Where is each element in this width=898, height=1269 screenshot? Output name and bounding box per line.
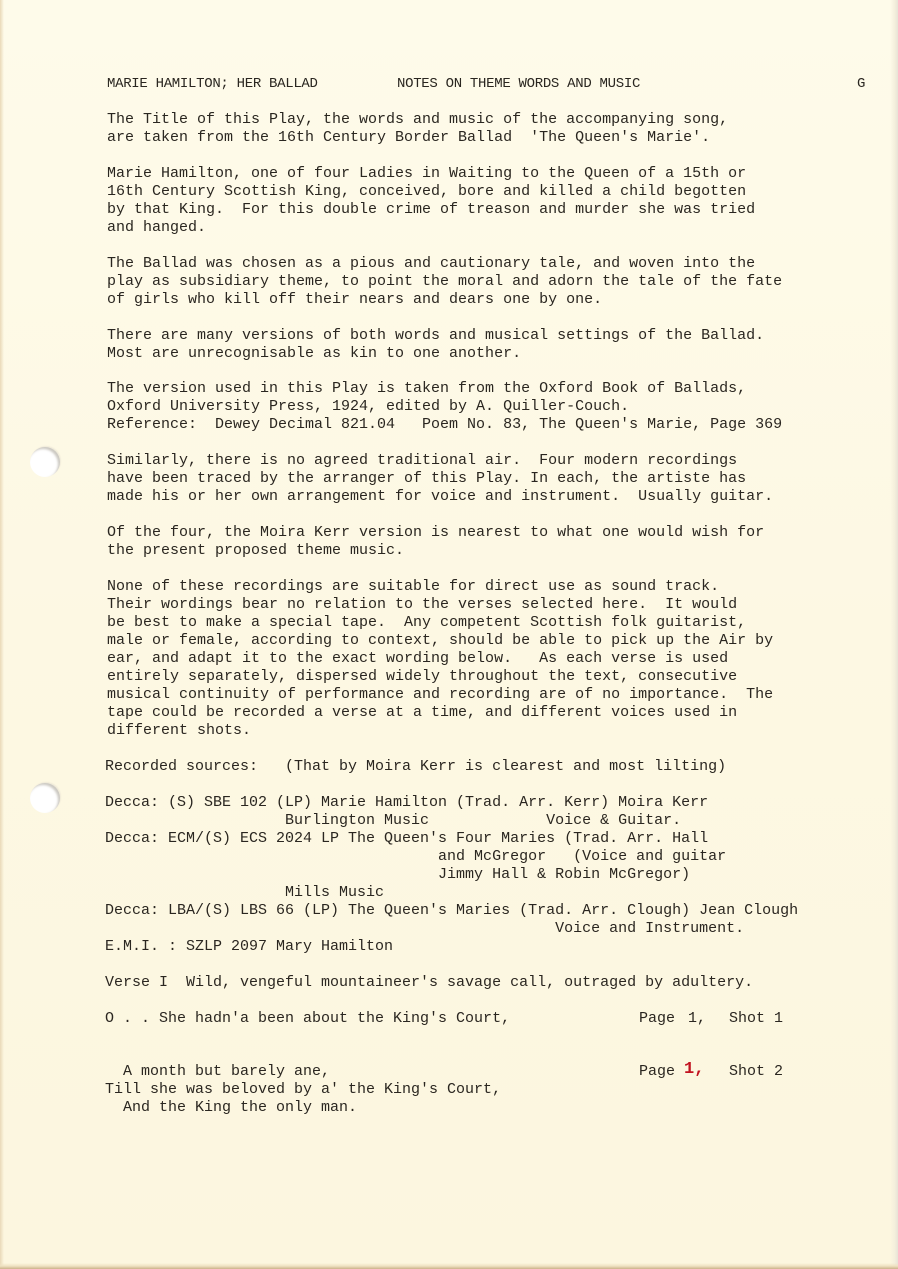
paragraph-line: None of these recordings are suitable fo… bbox=[107, 578, 719, 596]
paper-edge-bottom bbox=[0, 1263, 898, 1269]
paragraph-line: Of the four, the Moira Kerr version is n… bbox=[107, 524, 764, 542]
source-entry-line: Decca: ECM/(S) ECS 2024 LP The Queen's F… bbox=[105, 830, 708, 848]
reference-line: Reference: Dewey Decimal 821.04 Poem No.… bbox=[107, 416, 782, 434]
source-entry-line: Decca: LBA/(S) LBS 66 (LP) The Queen's M… bbox=[105, 902, 798, 920]
paragraph-line: made his or her own arrangement for voic… bbox=[107, 488, 773, 506]
verse-heading: Verse I Wild, vengeful mountaineer's sav… bbox=[105, 974, 753, 992]
source-entry-line: Jimmy Hall & Robin McGregor) bbox=[105, 866, 690, 884]
source-entry-line: E.M.I. : SZLP 2097 Mary Hamilton bbox=[105, 938, 393, 956]
page-number: 1, bbox=[688, 1010, 706, 1028]
page-label: Page bbox=[639, 1010, 675, 1028]
header-title: MARIE HAMILTON; HER BALLAD bbox=[107, 75, 318, 93]
typewritten-page: MARIE HAMILTON; HER BALLAD NOTES ON THEM… bbox=[0, 0, 898, 1269]
paragraph-line: different shots. bbox=[107, 722, 251, 740]
verse-text-line: And the King the only man. bbox=[105, 1099, 357, 1117]
paragraph-line: 16th Century Scottish King, conceived, b… bbox=[107, 183, 746, 201]
paragraph-line: The Ballad was chosen as a pious and cau… bbox=[107, 255, 755, 273]
paragraph-line: of girls who kill off their nears and de… bbox=[107, 291, 602, 309]
paragraph-line: The version used in this Play is taken f… bbox=[107, 380, 746, 398]
page-label: Page bbox=[639, 1063, 675, 1081]
paragraph-line: are taken from the 16th Century Border B… bbox=[107, 129, 710, 147]
shot-label: Shot 2 bbox=[729, 1063, 783, 1081]
paper-edge-left bbox=[0, 0, 4, 1269]
paragraph-line: have been traced by the arranger of this… bbox=[107, 470, 746, 488]
paragraph-line: the present proposed theme music. bbox=[107, 542, 404, 560]
verse-text-line: A month but barely ane, bbox=[105, 1063, 330, 1081]
paragraph-line: Similarly, there is no agreed traditiona… bbox=[107, 452, 737, 470]
verse-text-line: Till she was beloved by a' the King's Co… bbox=[105, 1081, 501, 1099]
paragraph-line: Most are unrecognisable as kin to one an… bbox=[107, 345, 521, 363]
paragraph-line: Marie Hamilton, one of four Ladies in Wa… bbox=[107, 165, 746, 183]
verse-text-line: O . . She hadn'a been about the King's C… bbox=[105, 1010, 510, 1028]
paragraph-line: be best to make a special tape. Any comp… bbox=[107, 614, 746, 632]
paragraph-line: male or female, according to context, sh… bbox=[107, 632, 773, 650]
source-entry-line: Mills Music bbox=[105, 884, 384, 902]
paragraph-line: musical continuity of performance and re… bbox=[107, 686, 773, 704]
paragraph-line: entirely separately, dispersed widely th… bbox=[107, 668, 737, 686]
source-entry-line: Voice and Instrument. bbox=[105, 920, 744, 938]
header-subtitle: NOTES ON THEME WORDS AND MUSIC bbox=[397, 75, 640, 93]
paragraph-line: There are many versions of both words an… bbox=[107, 327, 764, 345]
source-entry-line: Decca: (S) SBE 102 (LP) Marie Hamilton (… bbox=[105, 794, 708, 812]
punch-hole-upper bbox=[30, 447, 60, 477]
handwritten-page-number: 1, bbox=[684, 1061, 704, 1079]
shot-label: Shot 1 bbox=[729, 1010, 783, 1028]
paragraph-line: The Title of this Play, the words and mu… bbox=[107, 111, 728, 129]
paragraph-line: tape could be recorded a verse at a time… bbox=[107, 704, 737, 722]
recorded-sources-heading: Recorded sources: (That by Moira Kerr is… bbox=[105, 758, 726, 776]
page-letter: G bbox=[857, 75, 865, 93]
source-entry-line: and McGregor (Voice and guitar bbox=[105, 848, 726, 866]
paragraph-line: and hanged. bbox=[107, 219, 206, 237]
paragraph-line: play as subsidiary theme, to point the m… bbox=[107, 273, 782, 291]
punch-hole-lower bbox=[30, 783, 60, 813]
source-entry-line: Burlington Music Voice & Guitar. bbox=[105, 812, 681, 830]
paragraph-line: Their wordings bear no relation to the v… bbox=[107, 596, 737, 614]
paper-edge-right bbox=[890, 0, 898, 1269]
paragraph-line: ear, and adapt it to the exact wording b… bbox=[107, 650, 728, 668]
paragraph-line: Oxford University Press, 1924, edited by… bbox=[107, 398, 629, 416]
paragraph-line: by that King. For this double crime of t… bbox=[107, 201, 755, 219]
